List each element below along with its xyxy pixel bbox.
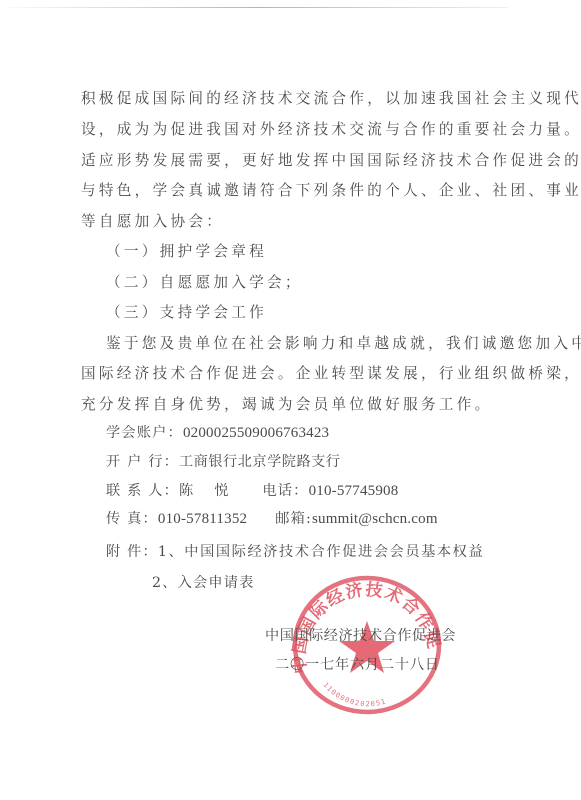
attachment-item: 1、中国国际经济技术合作促进会会员基本权益 [158,544,484,560]
contact-name: 陈 悦 [179,483,232,499]
account-row: 学会账户：0200025509006763423 [106,424,329,442]
account-number: 0200025509006763423 [183,425,329,441]
seal-serial-number: 1100000202051 [321,681,387,708]
attachment-row: 附 件：1、中国国际经济技术合作促进会会员基本权益 [106,543,484,561]
fax-email-row: 传 真：010-57811352邮箱:summit@schcn.com [106,510,438,528]
paragraph-line: 积极促成国际间的经济技术交流合作，以加速我国社会主义现代化建 [81,90,581,108]
fax-label: 传 真： [106,511,158,527]
official-seal-stamp: 中国国际经济技术合作促进会 1100000202051 [283,575,451,715]
fax-number: 010-57811352 [158,511,247,527]
phone-label: 电话： [262,483,308,499]
account-label: 学会账户： [106,425,183,441]
attachment-item: 2、入会申请表 [152,574,255,592]
phone-number: 010-57745908 [309,483,399,499]
condition-item: （三）支持学会工作 [106,304,267,322]
paragraph-line: 国际经济技术合作促进会。企业转型谋发展，行业组织做桥梁，学会将 [81,365,581,383]
email-address: summit@schcn.com [312,511,438,527]
bank-row: 开 户 行：工商银行北京学院路支行 [106,453,341,471]
attachment-label: 附 件： [106,544,158,560]
paragraph-line: 适应形势发展需要，更好地发挥中国国际经济技术合作促进会的功能 [81,152,581,170]
contact-label: 联 系 人： [106,483,179,499]
svg-text:1100000202051: 1100000202051 [321,681,387,708]
paragraph-line: 设，成为为促进我国对外经济技术交流与合作的重要社会力量。为了 [81,121,581,139]
signature-organization: 中国国际经济技术合作促进会 [265,627,456,645]
condition-item: （二）自愿愿加入学会； [106,274,303,292]
condition-item: （一）拥护学会章程 [106,243,267,261]
paragraph-line: 与特色，学会真诚邀请符合下列条件的个人、企业、社团、事业单位 [81,182,581,200]
letter-page: 积极促成国际间的经济技术交流合作，以加速我国社会主义现代化建 设，成为为促进我国… [0,0,581,800]
paragraph-line: 鉴于您及贵单位在社会影响力和卓越成就，我们诚邀您加入中国中 [106,335,581,353]
paragraph-line: 充分发挥自身优势，竭诚为会员单位做好服务工作。 [81,396,493,414]
email-label: 邮箱: [275,511,312,527]
bank-label: 开 户 行： [106,454,179,470]
paragraph-line: 等自愿加入协会： [81,213,224,231]
bank-name: 工商银行北京学院路支行 [179,454,341,470]
contact-row: 联 系 人：陈 悦电话：010-57745908 [106,482,398,500]
signature-date: 二〇一七年六月二十八日 [275,656,440,674]
